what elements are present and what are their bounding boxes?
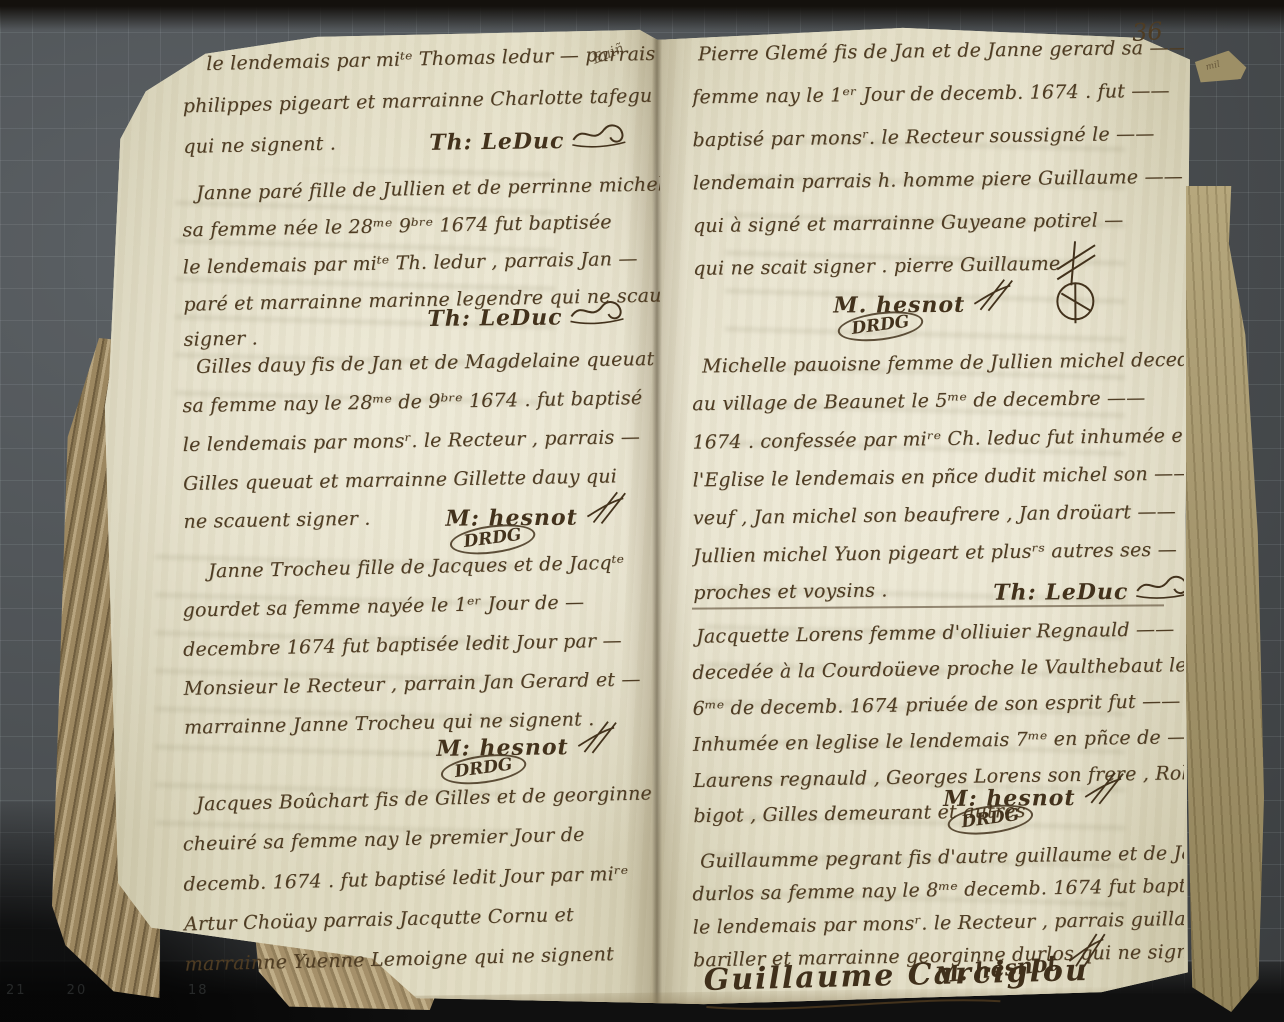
manuscript-line: Janne paré fille de Jullien et de perrin…	[196, 173, 660, 204]
manuscript-line: l'Eglise le lendemais en pñce dudit mich…	[693, 462, 1184, 491]
manuscript-line: Gilles dauy fis de Jan et de Magdelaine …	[196, 348, 655, 378]
manuscript-line: Monsieur le Recteur , parrain Jan Gerard…	[183, 668, 640, 700]
manuscript-line: qui ne signent .	[183, 133, 336, 158]
signature-hesnot: M: hesnot DRDG	[436, 720, 619, 784]
manuscript-line: durlos sa femme nay le 8ᵐᵉ decemb. 1674 …	[692, 874, 1184, 905]
manuscript-line: le lendemais par miᵗᵉ Thomas ledur — par…	[206, 42, 660, 75]
manuscript-line: le lendemais par miᵗᵉ Th. ledur , parrai…	[183, 248, 638, 279]
manuscript-line: le lendemais par monsʳ. le Recteur , par…	[183, 426, 641, 456]
manuscript-line: 6ᵐᵉ de decemb. 1674 priuée de son esprit…	[692, 690, 1180, 720]
manuscript-line: Jacquette Lorens femme d'olliuier Regnau…	[696, 618, 1175, 648]
manuscript-line: sa femme nay le 28ᵐᵉ de 9ᵇʳᵉ 1674 . fut …	[182, 387, 642, 417]
manuscript-line: cheuiré sa femme nay le premier Jour de	[183, 824, 585, 856]
manuscript-line: le lendemais par monsʳ. le Recteur , par…	[693, 907, 1184, 939]
manuscript-line: lendemain parrais h. homme piere Guillau…	[693, 166, 1183, 195]
register-entry: le lendemais par miᵗᵉ Thomas ledur — par…	[182, 45, 660, 52]
manuscript-line: au village de Beaunet le 5ᵐᵉ de decembre…	[692, 387, 1145, 415]
manuscript-line: decembre 1674 fut baptisée ledit Jour pa…	[183, 630, 622, 661]
manuscript-line: decemb. 1674 . fut baptisé ledit Jour pa…	[183, 863, 628, 896]
signature-hesnot: M: hesnot DRDG	[445, 490, 627, 554]
manuscript-line: proches et voysins .	[693, 579, 888, 604]
register-entry: B.Gilles dauy fis de Jan et de Magdelain…	[182, 350, 660, 354]
register-entry: B.Pierre Glemé fis de Jan et de Janne ge…	[692, 39, 1184, 42]
register-entry: B.Guillaumme pegrant fis d'autre guillau…	[692, 844, 1184, 848]
page-tab: mil	[1194, 48, 1248, 85]
manuscript-line: baptisé par monsʳ. le Recteur soussigné …	[692, 123, 1154, 151]
manuscript-line: veuf , Jan michel son beaufrere , Jan dr…	[693, 501, 1176, 530]
manuscript-line: Pierre Glemé fis de Jan et de Janne gera…	[698, 37, 1184, 66]
manuscript-line: femme nay le 1ᵉʳ Jour de decemb. 1674 . …	[692, 80, 1170, 109]
manuscript-line: Jacques Boûchart fis de Gilles et de geo…	[196, 782, 652, 815]
manuscript-line: Artur Choüay parrais Jacqutte Cornu et	[184, 904, 574, 936]
manuscript-line: philippes pigeart et marrainne Charlotte…	[183, 85, 653, 118]
manuscript-line: qui à signé et marrainne Guyeane potirel…	[693, 209, 1124, 237]
signature-leduc: Th: LeDuc	[429, 121, 628, 156]
page-tab-note: mil	[1205, 60, 1221, 73]
manuscript-line: sa femme née le 28ᵐᵉ 9ᵇʳᵉ 1674 fut bapti…	[182, 211, 612, 241]
manuscript-line: gourdet sa femme nayée le 1ᵉʳ Jour de —	[182, 591, 584, 621]
register-entry: Jacquette Lorens femme d'olliuier Regnau…	[692, 620, 1184, 623]
signature-leduc: Th: LeDuc	[993, 573, 1184, 606]
signature-hesnot: M. hesnot DRDG	[833, 278, 1015, 341]
manuscript-line: Guillaumme pegrant fis d'autre guillaume…	[700, 841, 1184, 873]
signature-leduc: Th: LeDuc	[427, 298, 626, 332]
manuscript-line: signer .	[183, 327, 258, 350]
manuscript-line: Inhumée en leglise le lendemais 7ᵐᵉ en p…	[693, 726, 1184, 756]
manuscript-line: ne scauent signer .	[183, 508, 370, 533]
parchment-edge	[1186, 186, 1264, 1012]
page-right-text: B.Pierre Glemé fis de Jan et de Janne ge…	[692, 0, 1184, 1022]
register-entry: B.Janne Trocheu fille de Jacques et de J…	[182, 553, 660, 559]
manuscript-line: decedée à la Courdoüeve proche le Vaulth…	[692, 654, 1184, 684]
manuscript-photo: 21 20 19 18 mil 36 Euiñ le lendemais par…	[0, 0, 1284, 1022]
manuscript-line: Jullien michel Yuon pigeart et plusʳˢ au…	[693, 539, 1177, 568]
signature-hesnot: M: hesnot DRDG	[943, 771, 1125, 834]
register-entry: Michelle pauoisne femme de Jullien miche…	[692, 351, 1184, 354]
register-entry: B.Janne paré fille de Jullien et de perr…	[182, 175, 660, 180]
page-left-text: le lendemais par miᵗᵉ Thomas ledur — par…	[182, 0, 660, 1022]
manuscript-line: qui ne scait signer . pierre Guillaume	[693, 253, 1060, 280]
parchment-texture	[1186, 186, 1264, 1012]
paraph-monogram	[1049, 239, 1103, 331]
manuscript-line: Janne Trocheu fille de Jacques et de Jac…	[208, 552, 624, 583]
manuscript-line: 1674 . confessée par miʳᵉ Ch. leduc fut …	[692, 424, 1184, 453]
manuscript-line: Michelle pauoisne femme de Jullien miche…	[702, 348, 1184, 377]
manuscript-line: marrainne Yuenne Lemoigne qui ne signent	[184, 943, 614, 975]
register-entry: B.Jacques Boûchart fis de Gilles et de g…	[182, 784, 660, 792]
